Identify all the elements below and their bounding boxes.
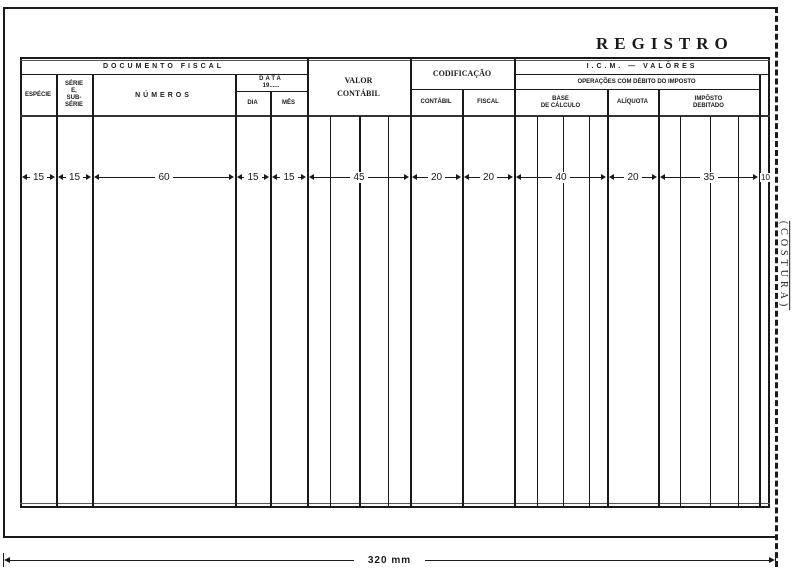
dim-codificacao-contabil: 20 (412, 171, 461, 183)
arrow-right-icon (264, 174, 269, 180)
col-divider (56, 74, 58, 508)
dim-especie: 15 (22, 171, 55, 183)
dim-margin: 10 (760, 171, 776, 183)
dimension-line (10, 560, 354, 561)
arrow-right-icon (753, 174, 758, 180)
col-divider (235, 74, 237, 508)
header-data: DATA 19...... (235, 75, 307, 91)
dimension-tick-right (775, 553, 776, 567)
col-divider (462, 89, 464, 508)
col-divider (92, 74, 94, 508)
header-imposto-debitado: IMPÔSTO DEBITADO (658, 90, 759, 115)
header-codificacao-fiscal: FISCAL (462, 90, 514, 115)
header-base-calculo: BASE DE CÁLCULO (514, 90, 607, 115)
col-divider (307, 57, 309, 508)
header-base-calculo-line: DE CÁLCULO (541, 103, 580, 110)
arrow-right-icon (601, 174, 606, 180)
header-valor-contabil-line: VALOR (345, 74, 373, 87)
arrow-right-icon (229, 174, 234, 180)
col-divider (759, 74, 761, 508)
dimension-line (425, 560, 769, 561)
header-mes: MÊS (270, 92, 307, 115)
header-base-calculo-line: BASE (552, 96, 569, 103)
header-especie: ESPÉCIE (20, 75, 56, 115)
header-valor-contabil: VALOR CONTÁBIL (307, 58, 410, 115)
dim-aliquota: 20 (609, 171, 657, 183)
arrow-right-icon (652, 174, 657, 180)
header-documento-fiscal: DOCUMENTO FISCAL (20, 58, 307, 74)
header-serie-line: SÉRIE (65, 102, 83, 109)
arrow-right-icon (301, 174, 306, 180)
arrow-right-icon (456, 174, 461, 180)
header-serie-line: SUB- (67, 95, 82, 102)
overall-width-label: 320 mm (354, 555, 425, 566)
document-title: REGISTRO (596, 34, 734, 54)
dim-serie: 15 (58, 171, 91, 183)
header-imposto-debitado-line: DEBITADO (693, 103, 724, 110)
dim-codificacao-fiscal: 20 (464, 171, 513, 183)
col-divider (410, 57, 412, 508)
header-operacoes-debito: OPERAÇÕES COM DÉBITO DO IMPOSTO (514, 75, 759, 89)
col-divider (514, 57, 516, 508)
header-serie: SÉRIE E, SUB- SÉRIE (56, 75, 92, 115)
col-divider (270, 91, 272, 508)
col-divider (658, 89, 660, 508)
arrow-right-icon (404, 174, 409, 180)
dim-base-calculo: 40 (516, 171, 606, 183)
col-divider (607, 89, 609, 508)
header-dia: DIA (235, 92, 270, 115)
arrow-right-icon (50, 174, 55, 180)
arrow-right-icon (86, 174, 91, 180)
header-data-year: 19...... (263, 83, 280, 90)
dim-valor-contabil: 45 (309, 171, 409, 183)
arrow-right-icon (508, 174, 513, 180)
header-data-label: DATA (259, 76, 283, 83)
header-numeros: NÚMEROS (92, 75, 235, 115)
dim-numeros: 60 (94, 171, 234, 183)
binding-label: (COSTURA) (774, 210, 794, 320)
header-imposto-debitado-line: IMPÔSTO (695, 96, 723, 103)
header-codificacao-contabil: CONTÁBIL (410, 90, 462, 115)
header-valor-contabil-line: CONTÁBIL (337, 87, 380, 100)
header-serie-line: E, (71, 88, 77, 95)
header-aliquota: ALÍQUOTA (607, 90, 658, 115)
dim-dia: 15 (237, 171, 269, 183)
header-serie-line: SÉRIE (65, 81, 83, 88)
dim-imposto-debitado: 35 (660, 171, 758, 183)
dim-mes: 15 (272, 171, 306, 183)
header-icm-valores: I.C.M. — VALÔRES (514, 58, 770, 74)
overall-width-dimension: 320 mm (3, 553, 776, 567)
header-codificacao: CODIFICAÇÃO (410, 58, 514, 89)
